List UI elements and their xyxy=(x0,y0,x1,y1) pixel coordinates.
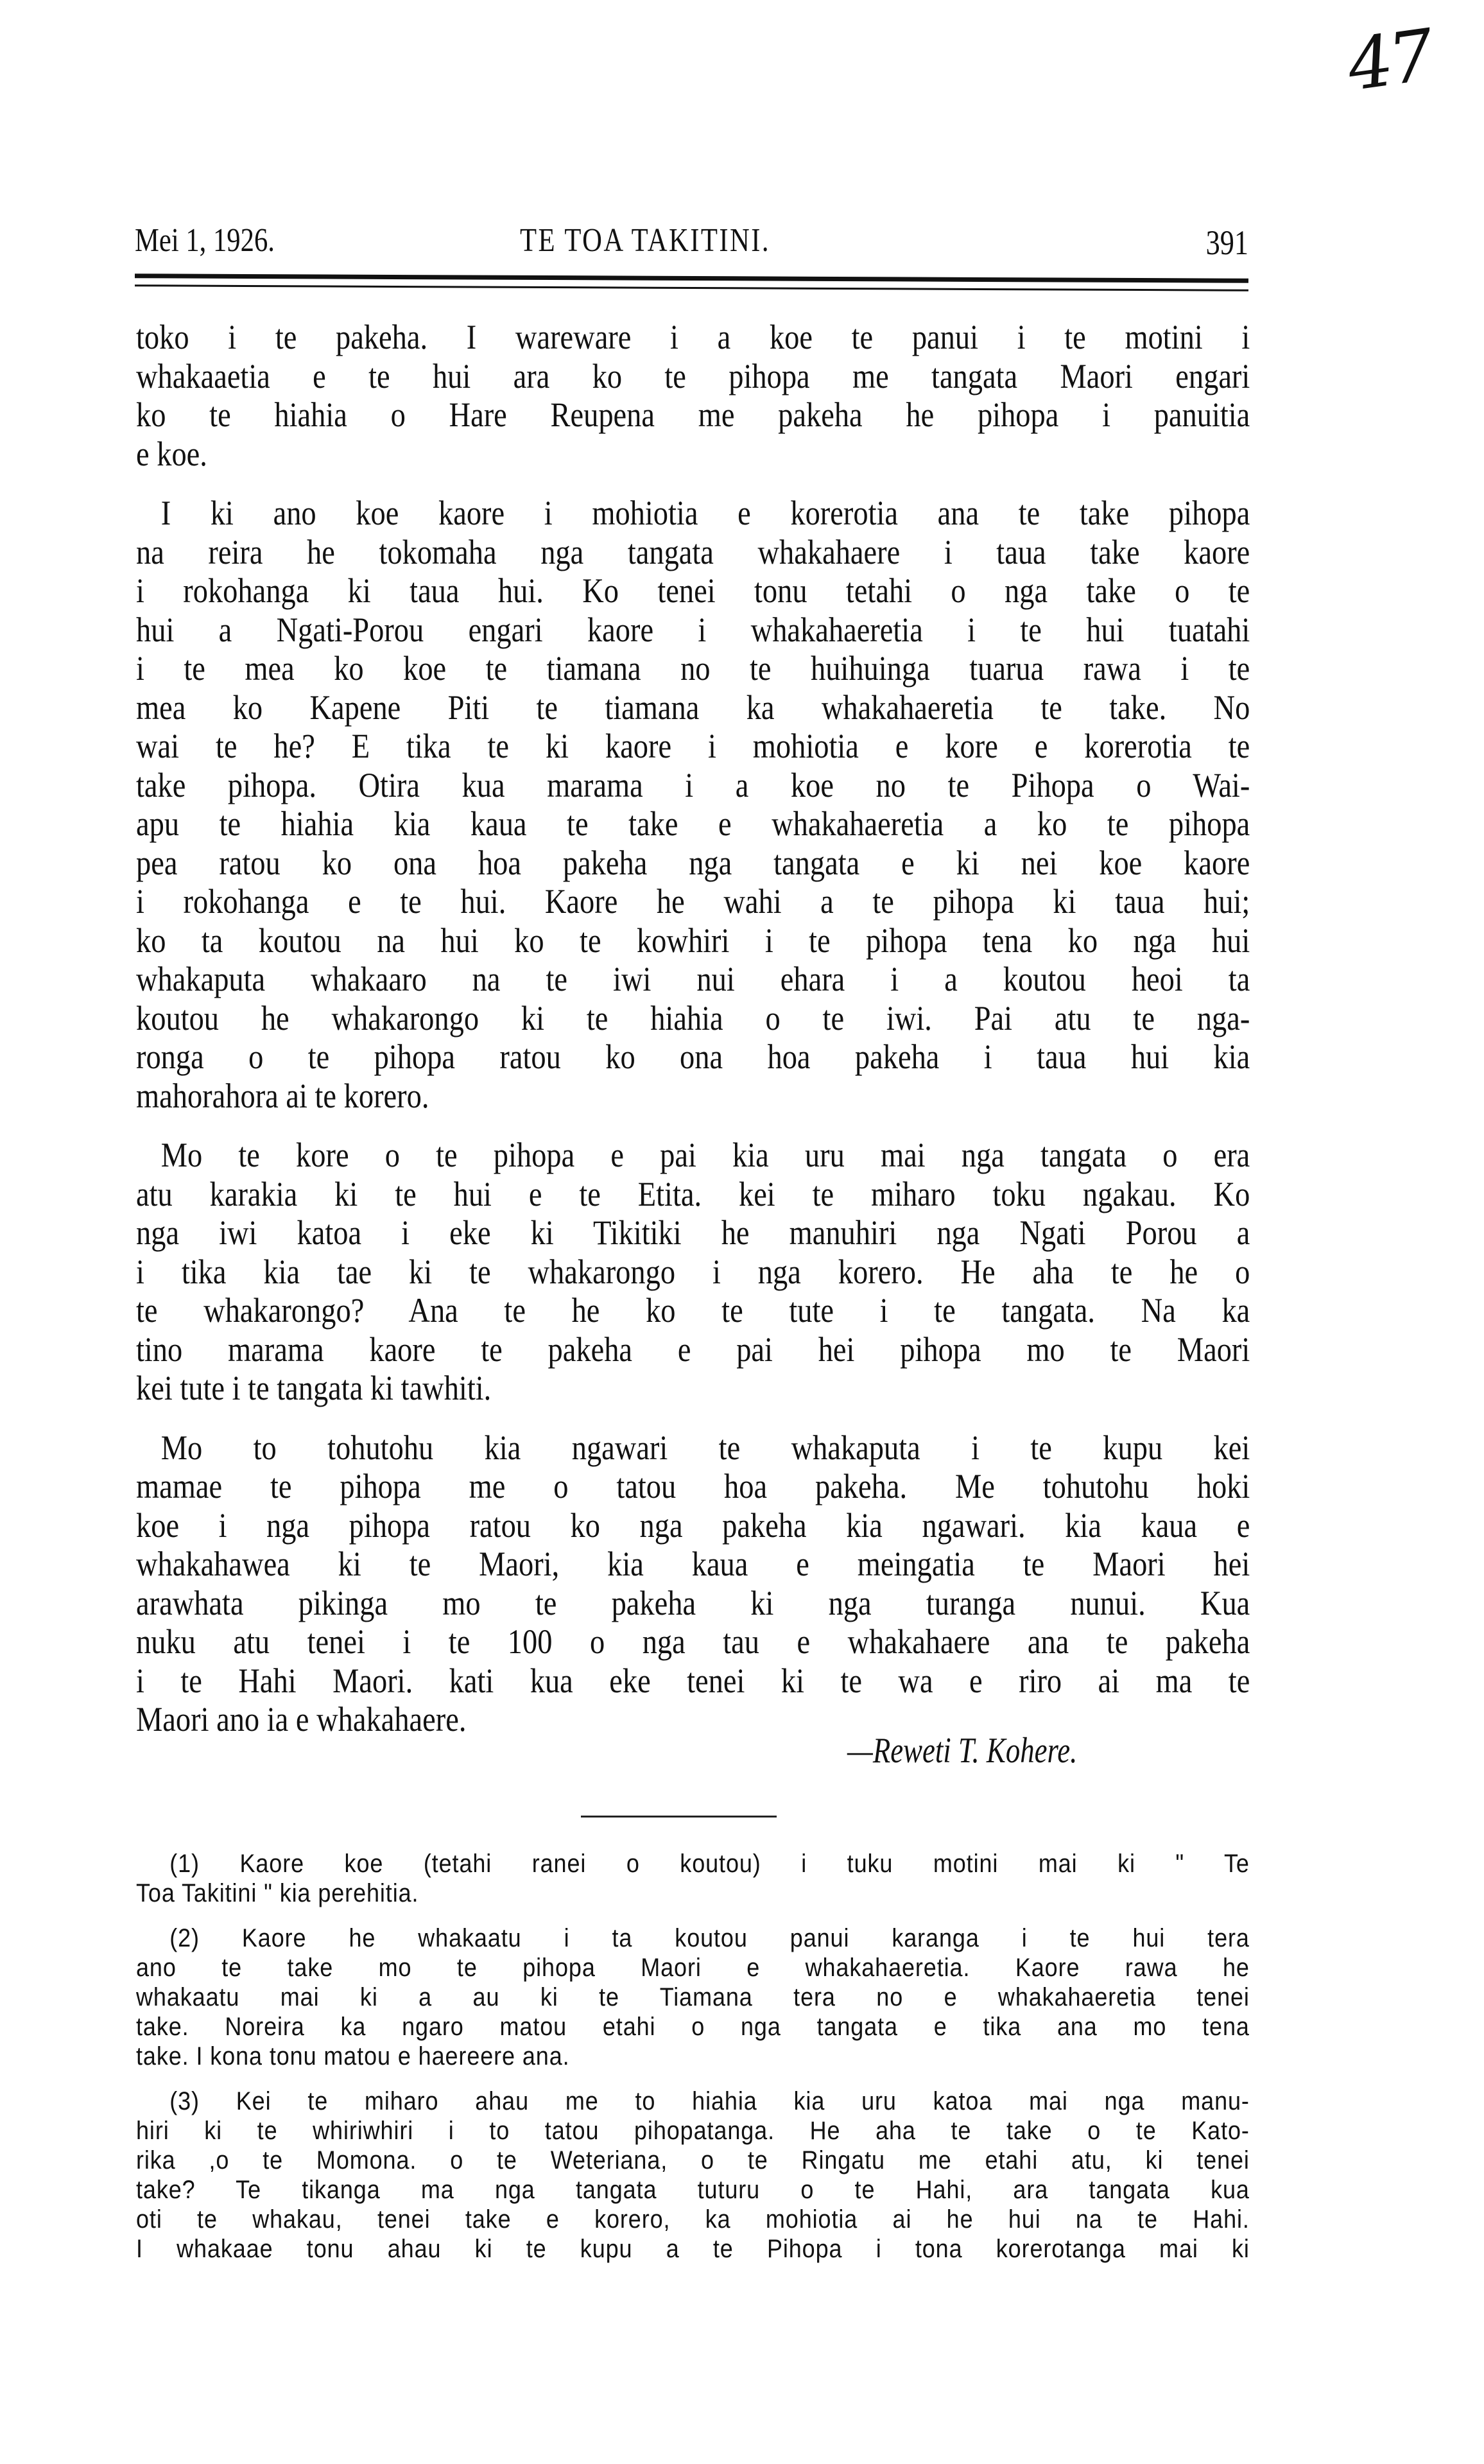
text-line: hui a Ngati-Porou engari kaore i whakaha… xyxy=(136,611,1250,650)
footnote-3: (3) Kei te miharo ahau me to hiahia kia … xyxy=(136,2087,1250,2264)
footnote-line: Toa Takitini " kia perehitia. xyxy=(136,1878,1250,1908)
text-line: whakahawea ki te Maori, kia kaua e meing… xyxy=(136,1545,1250,1584)
footnote-line: rika ,o te Momona. o te Weteriana, o te … xyxy=(136,2146,1250,2175)
page-number-handwritten: 47 xyxy=(1343,14,1436,107)
text-line: i rokohanga ki taua hui. Ko tenei tonu t… xyxy=(136,571,1250,611)
text-line: te whakarongo? Ana te he ko te tute i te… xyxy=(136,1291,1250,1330)
text-line: ko te hiahia o Hare Reupena me pakeha he… xyxy=(136,395,1250,435)
text-line: whakaputa whakaaro na te iwi nui ehara i… xyxy=(136,960,1250,999)
footnote-line: take? Te tikanga ma nga tangata tuturu o… xyxy=(136,2175,1250,2205)
footnote-line: I whakaae tonu ahau ki te kupu a te Piho… xyxy=(136,2234,1250,2264)
footnote-line: ano te take mo te pihopa Maori e whakaha… xyxy=(136,1953,1250,1982)
footnote-line: take. I kona tonu matou e haereere ana. xyxy=(136,2042,1250,2071)
text-line: atu karakia ki te hui e te Etita. kei te… xyxy=(136,1175,1250,1214)
header-date: Mei 1, 1926. xyxy=(135,221,275,259)
text-line: mamae te pihopa me o tatou hoa pakeha. M… xyxy=(136,1467,1250,1506)
footnote-line: take. Noreira ka ngaro matou etahi o nga… xyxy=(136,2012,1250,2042)
text-line: i tika kia tae ki te whakarongo i nga ko… xyxy=(136,1253,1250,1292)
text-line: koe i nga pihopa ratou ko nga pakeha kia… xyxy=(136,1506,1250,1545)
paragraph-2: I ki ano koe kaore i mohiotia e koreroti… xyxy=(136,494,1250,1115)
text-line: ko ta koutou na hui ko te kowhiri i te p… xyxy=(136,921,1250,960)
header-title: TE TOA TAKITINI. xyxy=(520,221,770,259)
text-line: mea ko Kapene Piti te tiamana ka whakaha… xyxy=(136,688,1250,727)
footnote-1: (1) Kaore koe (tetahi ranei o koutou) i … xyxy=(136,1849,1250,1908)
footnote-line: hiri ki te whiriwhiri i to tatou pihopat… xyxy=(136,2116,1250,2146)
text-line: whakaaetia e te hui ara ko te pihopa me … xyxy=(136,357,1250,396)
text-line: kei tute i te tangata ki tawhiti. xyxy=(136,1369,1250,1408)
text-line: i rokohanga e te hui. Kaore he wahi a te… xyxy=(136,882,1250,921)
text-line: i te mea ko koe te tiamana no te huihuin… xyxy=(136,649,1250,688)
footnote-line: oti te whakau, tenei take e korero, ka m… xyxy=(136,2205,1250,2234)
footnote-line: (1) Kaore koe (tetahi ranei o koutou) i … xyxy=(136,1849,1250,1878)
text-line: nga iwi katoa i eke ki Tikitiki he manuh… xyxy=(136,1213,1250,1253)
paragraph-4: Mo to tohutohu kia ngawari te whakaputa … xyxy=(136,1428,1250,1739)
text-line: Mo te kore o te pihopa e pai kia uru mai… xyxy=(136,1136,1250,1175)
text-line: I ki ano koe kaore i mohiotia e koreroti… xyxy=(136,494,1250,533)
text-line: koutou he whakarongo ki te hiahia o te i… xyxy=(136,999,1250,1038)
footnote-2: (2) Kaore he whakaatu i ta koutou panui … xyxy=(136,1923,1250,2071)
text-line: wai te he? E tika te ki kaore i mohiotia… xyxy=(136,727,1250,766)
header-page-number: 391 xyxy=(1206,223,1248,263)
text-line: na reira he tokomaha nga tangata whakaha… xyxy=(136,533,1250,572)
running-head: Mei 1, 1926. TE TOA TAKITINI. 391 xyxy=(135,221,1248,266)
text-line: tino marama kaore te pakeha e pai hei pi… xyxy=(136,1330,1250,1369)
text-line: apu te hiahia kia kaua te take e whakaha… xyxy=(136,804,1250,844)
text-line: Mo to tohutohu kia ngawari te whakaputa … xyxy=(136,1428,1250,1468)
footnotes: (1) Kaore koe (tetahi ranei o koutou) i … xyxy=(136,1849,1250,2279)
text-line: mahorahora ai te korero. xyxy=(136,1077,1250,1116)
text-line: e koe. xyxy=(136,435,1250,474)
text-line: arawhata pikinga mo te pakeha ki nga tur… xyxy=(136,1584,1250,1623)
text-line: i te Hahi Maori. kati kua eke tenei ki t… xyxy=(136,1661,1250,1701)
footnote-divider xyxy=(581,1816,777,1818)
text-line: pea ratou ko ona hoa pakeha nga tangata … xyxy=(136,844,1250,883)
paragraph-3: Mo te kore o te pihopa e pai kia uru mai… xyxy=(136,1136,1250,1408)
text-line: take pihopa. Otira kua marama i a koe no… xyxy=(136,766,1250,805)
paragraph-1: toko i te pakeha. I wareware i a koe te … xyxy=(136,318,1250,473)
author-signature: —Reweti T. Kohere. xyxy=(847,1730,1077,1771)
text-line: ronga o te pihopa ratou ko ona hoa pakeh… xyxy=(136,1037,1250,1077)
text-line: Maori ano ia e whakahaere. xyxy=(136,1700,1250,1739)
footnote-line: whakaatu mai ki a au ki te Tiamana tera … xyxy=(136,1982,1250,2012)
footnote-line: (2) Kaore he whakaatu i ta koutou panui … xyxy=(136,1923,1250,1953)
text-line: nuku atu tenei i te 100 o nga tau e whak… xyxy=(136,1622,1250,1661)
article-body: toko i te pakeha. I wareware i a koe te … xyxy=(136,318,1250,1760)
header-rule-thin xyxy=(135,284,1248,291)
header-rule-thick xyxy=(135,273,1248,283)
text-line: toko i te pakeha. I wareware i a koe te … xyxy=(136,318,1250,357)
footnote-line: (3) Kei te miharo ahau me to hiahia kia … xyxy=(136,2087,1250,2116)
